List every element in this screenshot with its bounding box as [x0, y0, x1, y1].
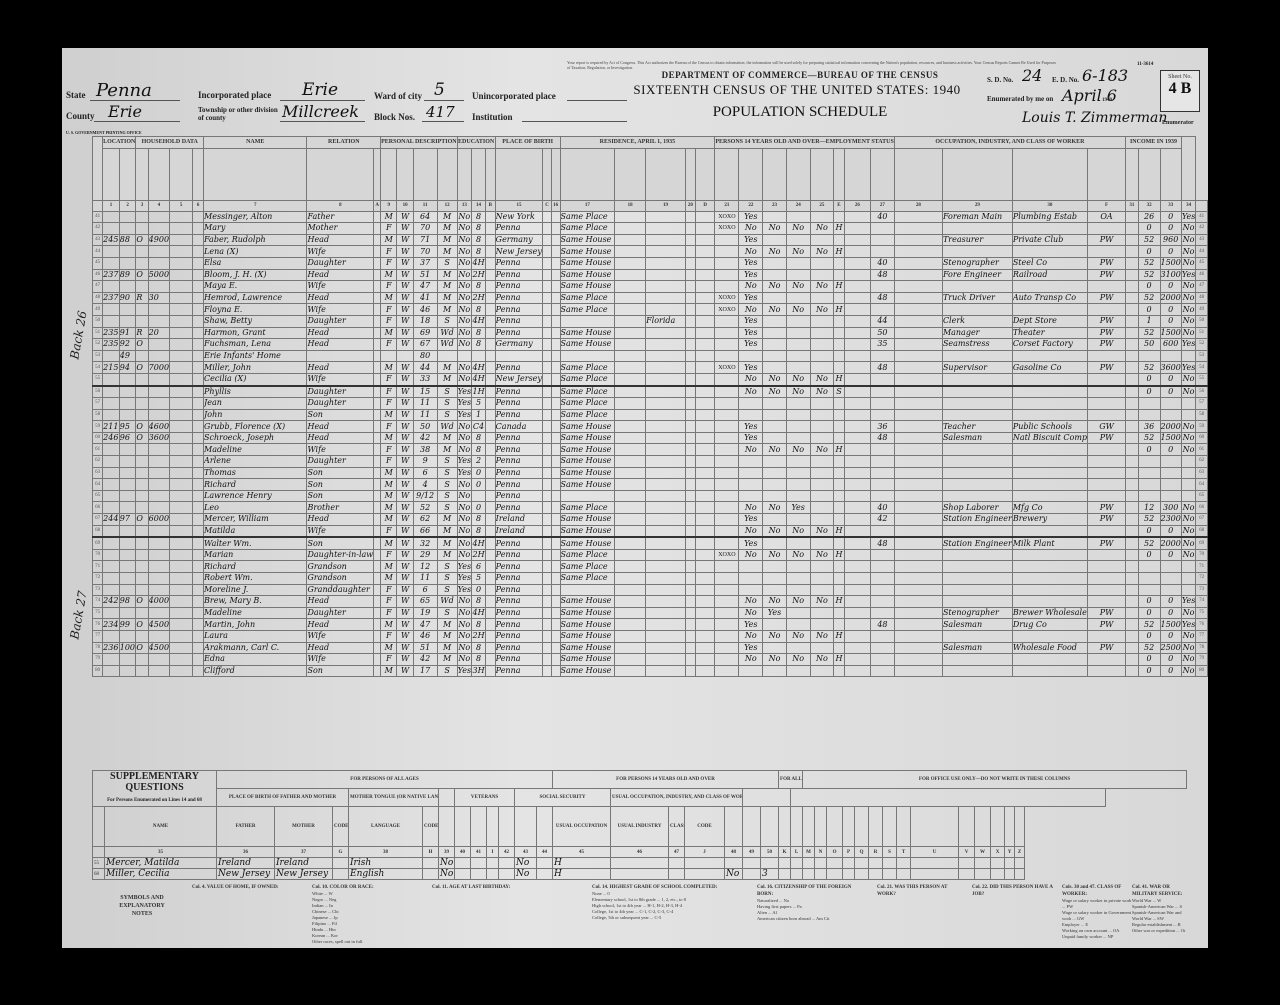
cell-res-state — [646, 525, 686, 537]
cell-work: Yes — [739, 642, 763, 654]
right-line-number: 65 — [1196, 490, 1208, 502]
state-value: Penna — [96, 80, 152, 101]
cell-e23 — [786, 490, 810, 502]
cell-mar — [437, 350, 457, 362]
right-line-number: 78 — [1196, 642, 1208, 654]
cell-other: Yes — [1181, 362, 1195, 374]
cell-house: 245 — [103, 234, 120, 246]
margin-note-2: Back 27 — [67, 590, 89, 641]
cell-e23 — [786, 211, 810, 223]
cell-res: Same House — [560, 234, 615, 246]
cell-d — [715, 596, 739, 608]
cell-other — [1181, 573, 1195, 585]
column-number: 27 — [871, 200, 895, 211]
group-birth: PLACE OF BIRTH — [495, 137, 560, 149]
cell-e24 — [810, 362, 834, 374]
cell-race: W — [397, 619, 413, 631]
cell-name: Mercer, William — [204, 514, 307, 526]
cell-e22 — [763, 456, 787, 468]
cell-name: Schroeck, Joseph — [204, 432, 307, 444]
cell-house — [103, 479, 120, 491]
cell-house — [103, 246, 120, 258]
table-row: 6724497O6000Mercer, WilliamHeadMW62MNo8I… — [93, 514, 1208, 526]
cell-race: W — [397, 269, 413, 281]
cell-hours — [871, 350, 895, 362]
cell-rel: Head — [307, 327, 374, 339]
cell-cls — [1088, 223, 1126, 235]
cell-e25 — [834, 398, 845, 410]
table-row: 79EdnaWifeFW42MNo8PennaSame HouseNoNoNoN… — [93, 654, 1208, 666]
column-number: 8 — [307, 200, 374, 211]
cell-age: 33 — [413, 373, 437, 385]
cell-e24 — [810, 561, 834, 573]
right-line-number: 66 — [1196, 502, 1208, 514]
column-number: 3 — [136, 200, 148, 211]
cell-farm — [170, 467, 193, 479]
cell-res-state — [646, 211, 686, 223]
cell-age: 9/12 — [413, 490, 437, 502]
cell-e24 — [810, 339, 834, 351]
right-line-number: 71 — [1196, 561, 1208, 573]
cell-name: Phyllis — [204, 386, 307, 398]
cell-birth: New York — [495, 211, 543, 223]
column-number: 10 — [397, 200, 413, 211]
cell-val — [148, 525, 169, 537]
cell-hh — [119, 537, 136, 549]
group-residence: RESIDENCE, APRIL 1, 1935 — [560, 137, 715, 149]
cell-sex: M — [381, 561, 397, 573]
cell-res-state — [646, 456, 686, 468]
cell-work: Yes — [739, 315, 763, 327]
table-row: 6024696O3600Schroeck, JosephHeadMW42MNo8… — [93, 432, 1208, 444]
cell-hh — [119, 409, 136, 421]
cell-rel: Mother — [307, 223, 374, 235]
column-number: 11 — [413, 200, 437, 211]
cell-own — [136, 561, 148, 573]
cell-mar: Wd — [437, 421, 457, 433]
cell-res-state — [646, 292, 686, 304]
cell-sch: Yes — [457, 409, 471, 421]
line-number: 50 — [93, 315, 103, 327]
cell-sch: No — [457, 304, 471, 316]
cell-ind: Plumbing Estab — [1012, 211, 1087, 223]
cell-birth: Penna — [495, 269, 543, 281]
right-line-number: 58 — [1196, 409, 1208, 421]
line-number: 45 — [93, 257, 103, 269]
cell-sch: No — [457, 292, 471, 304]
cell-wks — [1138, 584, 1160, 596]
cell-e24: No — [810, 630, 834, 642]
cell-house — [103, 211, 120, 223]
cell-birth: Penna — [495, 642, 543, 654]
cell-sch: Yes — [457, 386, 471, 398]
cell-d — [715, 386, 739, 398]
cell-grade: 3H — [472, 665, 486, 677]
cell-work — [739, 398, 763, 410]
cell-race: W — [397, 432, 413, 444]
cell-mar: S — [437, 665, 457, 677]
cell-own — [136, 444, 148, 456]
line-number: 52 — [93, 339, 103, 351]
cell-age: 18 — [413, 315, 437, 327]
cell-val — [148, 211, 169, 223]
cell-name: Floyna E. — [204, 304, 307, 316]
cell-mar: S — [437, 315, 457, 327]
county-label: County — [66, 111, 95, 121]
cell-rel: Daughter — [307, 398, 374, 410]
cell-age: 37 — [413, 257, 437, 269]
line-number: 62 — [93, 456, 103, 468]
cell-sex: F — [381, 549, 397, 561]
cell-wage: 2300 — [1160, 514, 1181, 526]
cell-res: Same House — [560, 246, 615, 258]
cell-wage: 0 — [1160, 630, 1181, 642]
line-number: 76 — [93, 619, 103, 631]
note-item: Spanish-American War and World War ... S… — [1132, 910, 1192, 922]
cell-wage — [1160, 456, 1181, 468]
cell-age: 51 — [413, 269, 437, 281]
cell-e25: H — [834, 444, 845, 456]
cell-e22: No — [763, 246, 787, 258]
cell-hh — [119, 373, 136, 385]
cell-farm — [170, 339, 193, 351]
cell-res: Same House — [560, 281, 615, 293]
cell-val — [148, 373, 169, 385]
cell-age: 69 — [413, 327, 437, 339]
cell-res: Same Place — [560, 409, 615, 421]
cell-res: Same House — [560, 537, 615, 549]
cell-occ — [942, 561, 1012, 573]
margin-note-1: Back 26 — [67, 310, 89, 361]
cell-house — [103, 490, 120, 502]
schedule-title: POPULATION SCHEDULE — [650, 104, 950, 121]
cell-farm — [170, 257, 193, 269]
cell-farm — [170, 304, 193, 316]
cell-own — [136, 281, 148, 293]
cell-e25 — [834, 584, 845, 596]
cell-hh: 49 — [119, 350, 136, 362]
cell-age: 51 — [413, 642, 437, 654]
cell-hh — [119, 223, 136, 235]
cell-grade: 8 — [472, 444, 486, 456]
cell-e22 — [763, 490, 787, 502]
cell-e24 — [810, 257, 834, 269]
cell-age: 42 — [413, 654, 437, 666]
cell-e22: No — [763, 549, 787, 561]
cell-house — [103, 573, 120, 585]
cell-work: No — [739, 373, 763, 385]
cell-other: No — [1181, 514, 1195, 526]
right-line-number: 54 — [1196, 362, 1208, 374]
cell-name: Laura — [204, 630, 307, 642]
cell-sex: F — [381, 339, 397, 351]
cell-e24 — [810, 211, 834, 223]
cell-occ: Supervisor — [942, 362, 1012, 374]
supp-cell-vet: No — [439, 869, 455, 880]
cell-work — [739, 573, 763, 585]
cell-farm — [170, 525, 193, 537]
cell-hours: 48 — [871, 362, 895, 374]
cell-age: 70 — [413, 246, 437, 258]
cell-res-state — [646, 630, 686, 642]
right-line-number: 56 — [1196, 386, 1208, 398]
cell-work: No — [739, 549, 763, 561]
cell-own: O — [136, 596, 148, 608]
cell-occ — [942, 456, 1012, 468]
cell-occ — [942, 304, 1012, 316]
cell-other: No — [1181, 234, 1195, 246]
cell-house — [103, 386, 120, 398]
cell-cls — [1088, 573, 1126, 585]
supp-column-number: 49 — [743, 847, 761, 858]
cell-e25 — [834, 292, 845, 304]
cell-mar: S — [437, 584, 457, 596]
supp-line-number: 68 — [93, 869, 105, 880]
cell-name: Erie Infants' Home — [204, 350, 307, 362]
cell-own: O — [136, 432, 148, 444]
column-number: 4 — [148, 200, 169, 211]
cell-other — [1181, 398, 1195, 410]
cell-occ — [942, 281, 1012, 293]
cell-race: W — [397, 525, 413, 537]
column-number: A — [374, 200, 381, 211]
supp-cell-occ: H — [553, 869, 611, 880]
cell-race: W — [397, 257, 413, 269]
line-number: 41 — [93, 211, 103, 223]
cell-other: Yes — [1181, 269, 1195, 281]
cell-birth: Penna — [495, 561, 543, 573]
cell-grade: 8 — [472, 234, 486, 246]
cell-occ: Salesman — [942, 642, 1012, 654]
cell-hours: 48 — [871, 619, 895, 631]
cell-rel: Father — [307, 211, 374, 223]
cell-cls — [1088, 350, 1126, 362]
cell-wage: 0 — [1160, 373, 1181, 385]
cell-val — [148, 444, 169, 456]
cell-e24 — [810, 573, 834, 585]
cell-cls: PW — [1088, 257, 1126, 269]
cell-val: 5000 — [148, 269, 169, 281]
cell-race: W — [397, 490, 413, 502]
enumerator-name: Louis T. Zimmerman — [1022, 110, 1167, 126]
cell-grade: 0 — [472, 502, 486, 514]
cell-ind — [1012, 304, 1087, 316]
cell-mar: M — [437, 549, 457, 561]
cell-rel: Son — [307, 467, 374, 479]
cell-birth: Penna — [495, 362, 543, 374]
cell-wage: 0 — [1160, 386, 1181, 398]
cell-hours — [871, 456, 895, 468]
cell-ind — [1012, 467, 1087, 479]
cell-rel: Wife — [307, 444, 374, 456]
cell-mar: S — [437, 502, 457, 514]
cell-e25 — [834, 269, 845, 281]
cell-race: W — [397, 398, 413, 410]
cell-own — [136, 315, 148, 327]
cell-grade: 8 — [472, 339, 486, 351]
supp-column-number-row: 353637G38H394041I424344454647J484950KLMN… — [93, 847, 1187, 858]
cell-res-state — [646, 596, 686, 608]
cell-ind: Railroad — [1012, 269, 1087, 281]
township-value: Millcreek — [282, 102, 359, 121]
cell-name: Fuchsman, Lena — [204, 339, 307, 351]
cell-race: W — [397, 234, 413, 246]
cell-house — [103, 665, 120, 677]
line-number: 57 — [93, 398, 103, 410]
right-line-number: 51 — [1196, 327, 1208, 339]
birth-parents-header: PLACE OF BIRTH OF FATHER AND MOTHER — [217, 789, 349, 807]
cell-e22 — [763, 350, 787, 362]
cell-e24: No — [810, 596, 834, 608]
table-row: 50Shaw, BettyDaughterFW18SNo4HPennaFlori… — [93, 315, 1208, 327]
cell-name: Leo — [204, 502, 307, 514]
cell-res-state — [646, 362, 686, 374]
cell-res: Same House — [560, 654, 615, 666]
sd-label: S. D. No. — [987, 76, 1013, 84]
cell-hours — [871, 607, 895, 619]
cell-hh — [119, 584, 136, 596]
cell-name: Moreline J. — [204, 584, 307, 596]
cell-mar: M — [437, 234, 457, 246]
cell-ind — [1012, 479, 1087, 491]
cell-farm — [170, 421, 193, 433]
cell-grade: 8 — [472, 304, 486, 316]
cell-val — [148, 607, 169, 619]
cell-farm — [170, 665, 193, 677]
cell-e22 — [763, 573, 787, 585]
cell-house — [103, 502, 120, 514]
cell-res: Same House — [560, 525, 615, 537]
cell-occ: Fore Engineer — [942, 269, 1012, 281]
cell-farm — [170, 584, 193, 596]
cell-hh — [119, 211, 136, 223]
cell-birth: Penna — [495, 584, 543, 596]
cell-res-state — [646, 432, 686, 444]
cell-hh: 96 — [119, 432, 136, 444]
cell-own — [136, 211, 148, 223]
group-personal: PERSONAL DESCRIPTION — [381, 137, 458, 149]
cell-wks: 0 — [1138, 665, 1160, 677]
cell-e22 — [763, 211, 787, 223]
cell-sex: F — [381, 398, 397, 410]
cell-farm — [170, 607, 193, 619]
right-line-number: 75 — [1196, 607, 1208, 619]
cell-wage: 300 — [1160, 502, 1181, 514]
supp-cell-name: Mercer, Matilda — [105, 858, 217, 869]
cell-e24 — [810, 490, 834, 502]
cell-wage: 0 — [1160, 223, 1181, 235]
cell-e25 — [834, 350, 845, 362]
cell-e23 — [786, 315, 810, 327]
supp-column-number: 39 — [439, 847, 455, 858]
cell-e24 — [810, 398, 834, 410]
cell-res: Same Place — [560, 549, 615, 561]
cell-mar: M — [437, 537, 457, 549]
cell-work: No — [739, 596, 763, 608]
table-row: 57JeanDaughterFW11SYes5PennaSame Place57 — [93, 398, 1208, 410]
cell-house: 237 — [103, 269, 120, 281]
cell-age: 41 — [413, 292, 437, 304]
cell-mar: M — [437, 292, 457, 304]
cell-val: 30 — [148, 292, 169, 304]
cell-race: W — [397, 665, 413, 677]
cell-rel: Wife — [307, 373, 374, 385]
cell-birth: Penna — [495, 432, 543, 444]
state-label: State — [66, 90, 86, 100]
cell-mar: M — [437, 304, 457, 316]
ward-value: 5 — [434, 80, 445, 100]
cell-other — [1181, 584, 1195, 596]
cell-mar: S — [437, 409, 457, 421]
cell-sch: No — [457, 327, 471, 339]
cell-hh: 88 — [119, 234, 136, 246]
supp-line-number: 55 — [93, 858, 105, 869]
women-header: FOR ALL WOMEN WHO ARE OR HAVE BEEN MARRI… — [779, 771, 803, 789]
group-location: LOCATION — [103, 137, 136, 149]
cell-wage: 1500 — [1160, 432, 1181, 444]
cell-e24: No — [810, 525, 834, 537]
incorporated-value: Erie — [302, 80, 338, 100]
cell-val: 4600 — [148, 421, 169, 433]
supp-col-language: LANGUAGE — [349, 807, 423, 847]
right-line-number: 69 — [1196, 537, 1208, 549]
cell-grade: C4 — [472, 421, 486, 433]
supp-cell-name: Miller, Cecilia — [105, 869, 217, 880]
township-label: Township or other division of county — [198, 106, 278, 122]
cell-e25: H — [834, 630, 845, 642]
cell-cls — [1088, 398, 1126, 410]
supp-col-mother: MOTHER — [275, 807, 333, 847]
cell-own — [136, 398, 148, 410]
cell-own: O — [136, 269, 148, 281]
column-number: 5 — [170, 200, 193, 211]
right-line-number: 62 — [1196, 456, 1208, 468]
cell-occ: Station Engineer — [942, 537, 1012, 549]
note-item: Wage or salary worker in private work ..… — [1062, 898, 1132, 910]
cell-wks: 0 — [1138, 549, 1160, 561]
cell-e22 — [763, 467, 787, 479]
cell-wks: 36 — [1138, 421, 1160, 433]
column-number: 15 — [495, 200, 543, 211]
supp-column-number: 35 — [105, 847, 217, 858]
cell-birth: Ireland — [495, 514, 543, 526]
cell-rel: Head — [307, 432, 374, 444]
cell-d — [715, 584, 739, 596]
cell-other: Yes — [1181, 596, 1195, 608]
cell-other: No — [1181, 549, 1195, 561]
cell-d — [715, 432, 739, 444]
cell-own — [136, 373, 148, 385]
cell-ind — [1012, 549, 1087, 561]
cell-res-state — [646, 514, 686, 526]
cell-race: W — [397, 444, 413, 456]
cell-e24 — [810, 234, 834, 246]
cell-e23 — [786, 234, 810, 246]
cell-age: 65 — [413, 596, 437, 608]
supp-column-number: V — [959, 847, 975, 858]
cell-val — [148, 573, 169, 585]
cell-ind: Gasoline Co — [1012, 362, 1087, 374]
cell-cls: PW — [1088, 292, 1126, 304]
cell-grade: 5 — [472, 573, 486, 585]
column-number: 14 — [472, 200, 486, 211]
cell-house — [103, 525, 120, 537]
cell-name: Lawrence Henry — [204, 490, 307, 502]
cell-own: R — [136, 327, 148, 339]
cell-rel: Grandson — [307, 561, 374, 573]
table-row: 62ArleneDaughterFW9SYes2PennaSame House6… — [93, 456, 1208, 468]
cell-birth: Penna — [495, 502, 543, 514]
